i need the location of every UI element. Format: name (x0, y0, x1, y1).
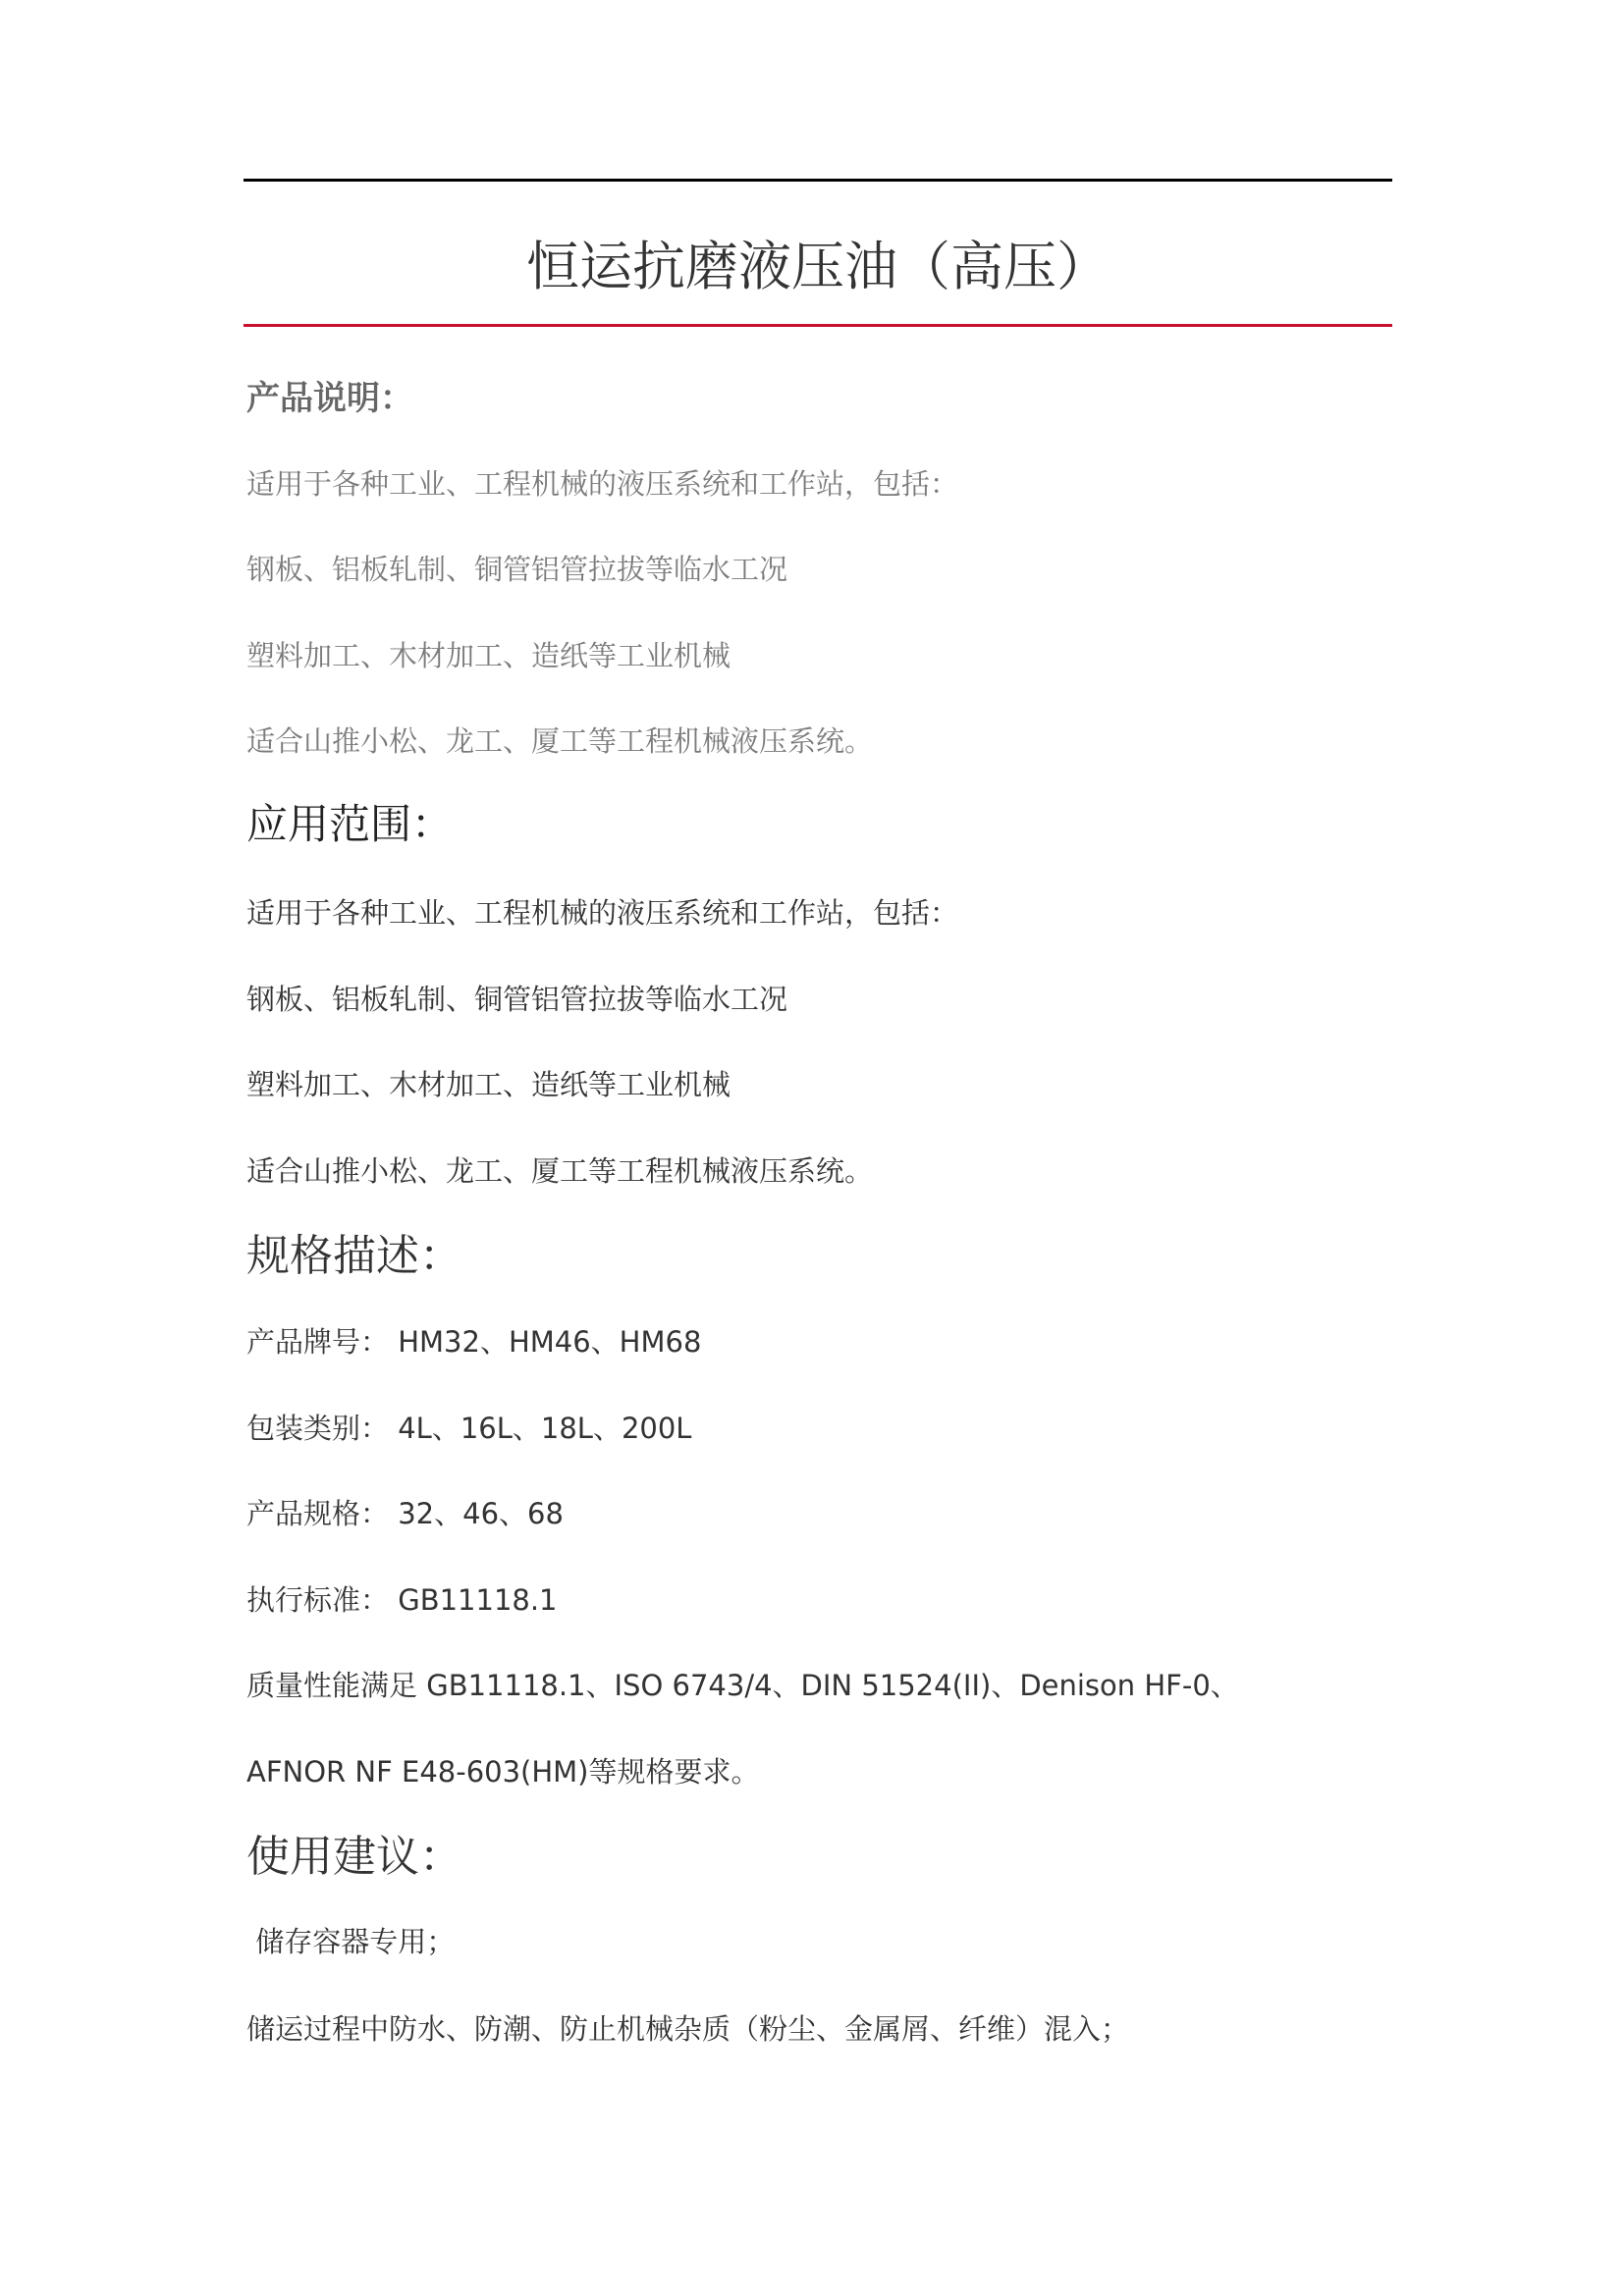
section-heading-product-description: 产品说明： (246, 377, 413, 420)
spec-brand-line: 产品牌号： HM32、HM46、HM68 (246, 1322, 701, 1362)
paragraph-line: 适合山推小松、龙工、厦工等工程机械液压系统。 (246, 1151, 873, 1191)
section-heading-usage-advice: 使用建议： (246, 1831, 462, 1884)
paragraph-line: 适合山推小松、龙工、厦工等工程机械液压系统。 (246, 721, 873, 761)
paragraph-line: 储存容器专用； (246, 1922, 455, 1961)
spec-quality-line: 质量性能满足 GB11118.1、ISO 6743/4、DIN 51524(II… (246, 1666, 1239, 1705)
spec-packaging-line: 包装类别： 4L、16L、18L、200L (246, 1409, 691, 1448)
section-heading-application-scope: 应用范围： (246, 799, 453, 850)
title-underline (244, 324, 1392, 327)
paragraph-line: 塑料加工、木材加工、造纸等工业机械 (246, 1065, 731, 1104)
paragraph-line: 钢板、铝板轧制、铜管铝管拉拔等临水工况 (246, 980, 787, 1019)
spec-standard-line: 执行标准： GB11118.1 (246, 1580, 558, 1620)
paragraph-line: 钢板、铝板轧制、铜管铝管拉拔等临水工况 (246, 550, 787, 589)
document-title: 恒运抗磨液压油（高压） (244, 234, 1392, 300)
spec-grade-line: 产品规格： 32、46、68 (246, 1494, 564, 1533)
paragraph-line: 适用于各种工业、工程机械的液压系统和工作站，包括： (246, 464, 958, 504)
spec-quality-line-cont: AFNOR NF E48-603(HM)等规格要求。 (246, 1752, 760, 1791)
paragraph-line: 塑料加工、木材加工、造纸等工业机械 (246, 636, 731, 675)
paragraph-line: 适用于各种工业、工程机械的液压系统和工作站，包括： (246, 893, 958, 933)
paragraph-line: 储运过程中防水、防潮、防止机械杂质（粉尘、金属屑、纤维）混入； (246, 2009, 1129, 2049)
top-rule (244, 179, 1392, 182)
section-heading-specifications: 规格描述： (246, 1230, 462, 1283)
